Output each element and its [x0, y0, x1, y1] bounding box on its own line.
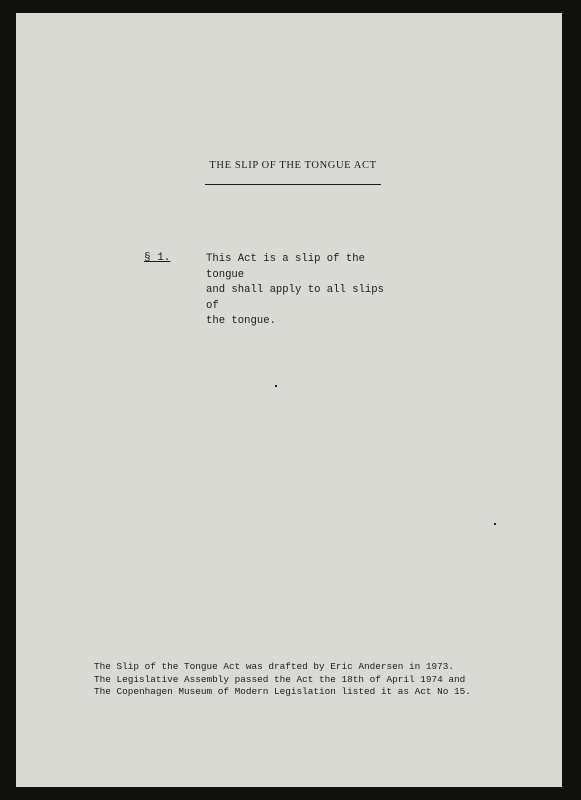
document-title: THE SLIP OF THE TONGUE ACT	[205, 160, 381, 171]
footer-line: The Slip of the Tongue Act was drafted b…	[94, 661, 494, 674]
section-text: This Act is a slip of the tongue and sha…	[206, 252, 396, 330]
section-line: the tongue.	[206, 314, 396, 330]
title-underline	[205, 184, 381, 185]
footer-line: The Legislative Assembly passed the Act …	[94, 674, 494, 687]
section-line: This Act is a slip of the tongue	[206, 252, 396, 283]
section-line: and shall apply to all slips of	[206, 283, 396, 314]
section-number: § 1.	[144, 252, 170, 264]
paper-speck	[494, 523, 496, 525]
footer-line: The Copenhagen Museum of Modern Legislat…	[94, 686, 494, 699]
document-page: THE SLIP OF THE TONGUE ACT § 1. This Act…	[16, 13, 562, 787]
paper-speck	[275, 385, 277, 387]
footer-note: The Slip of the Tongue Act was drafted b…	[94, 661, 494, 699]
